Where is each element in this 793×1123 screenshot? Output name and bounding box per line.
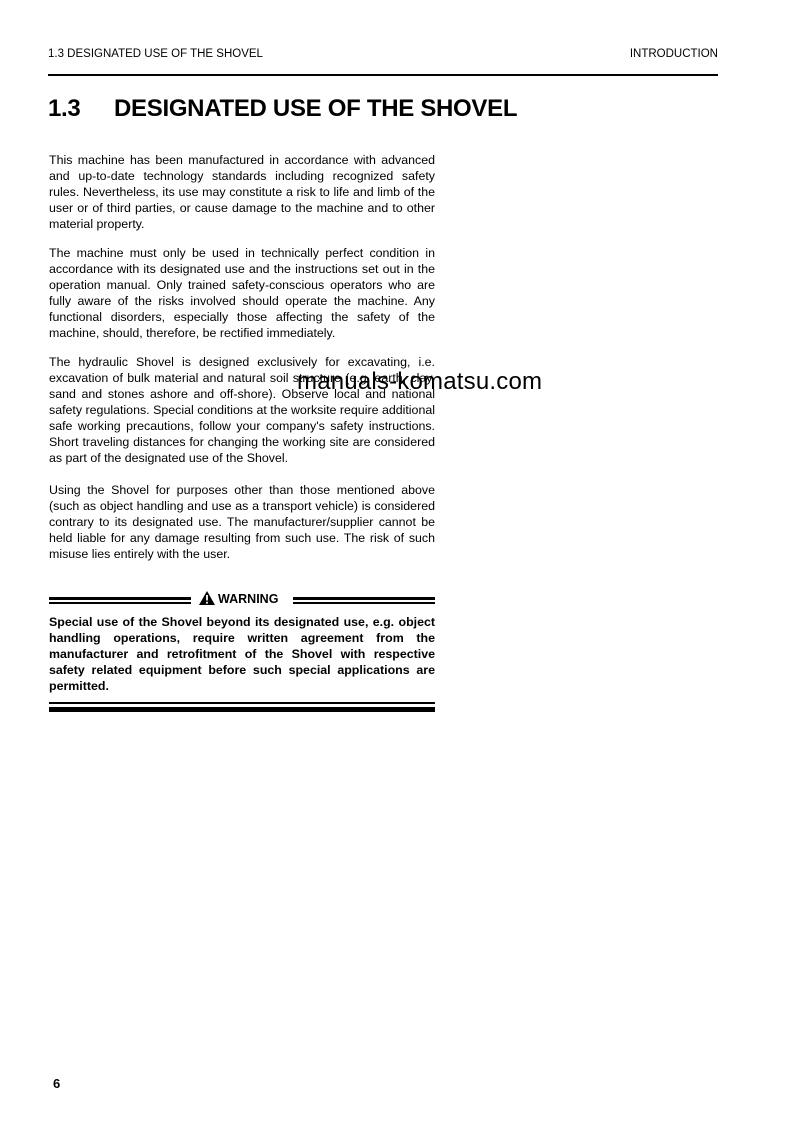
warning-triangle-icon (199, 591, 215, 605)
section-title: DESIGNATED USE OF THE SHOVEL (114, 95, 517, 122)
header-chapter-label: INTRODUCTION (630, 48, 718, 60)
header-section-label: 1.3 DESIGNATED USE OF THE SHOVEL (48, 48, 263, 60)
paragraph-2: The machine must only be used in technic… (49, 245, 435, 341)
paragraph-1: This machine has been manufactured in ac… (49, 152, 435, 232)
warning-rule-right (293, 597, 435, 604)
warning-label-text: WARNING (218, 592, 278, 606)
warning-text: Special use of the Shovel beyond its des… (49, 614, 435, 694)
running-header: 1.3 DESIGNATED USE OF THE SHOVEL INTRODU… (48, 48, 718, 64)
watermark: manuals-komatsu.com (297, 368, 542, 396)
warning-label: WARNING (199, 591, 278, 606)
paragraph-text: The machine must only be used in technic… (49, 245, 435, 341)
header-rule (48, 74, 718, 76)
page-title: 1.3DESIGNATED USE OF THE SHOVEL (48, 95, 517, 123)
warning-header: WARNING (49, 593, 435, 607)
paragraph-text: Using the Shovel for purposes other than… (49, 482, 435, 562)
section-number: 1.3 (48, 95, 114, 123)
paragraph-text: This machine has been manufactured in ac… (49, 152, 435, 232)
page-number: 6 (53, 1076, 60, 1091)
paragraph-4: Using the Shovel for purposes other than… (49, 482, 435, 562)
warning-rule-left (49, 597, 191, 604)
